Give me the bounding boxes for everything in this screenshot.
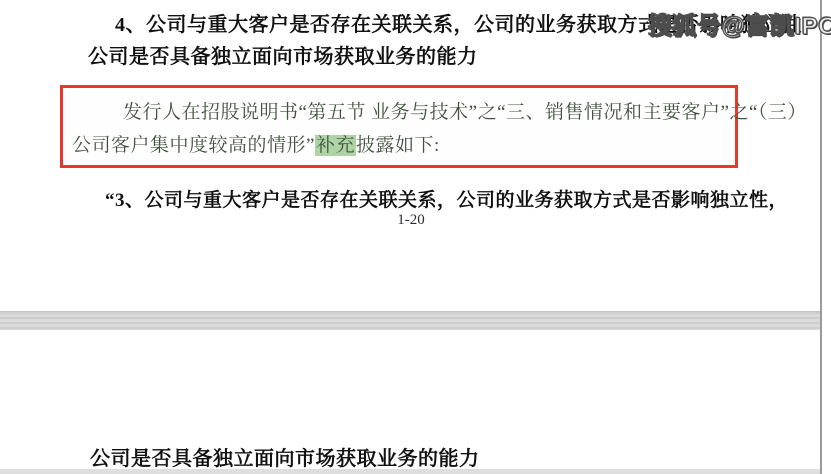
- bottom-edge-strip: [0, 469, 820, 474]
- page-number: 1-20: [0, 212, 822, 229]
- quoted-question-line: “3、公司与重大客户是否存在关联关系，公司的业务获取方式是否影响独立性，: [105, 185, 788, 212]
- page-gap-divider: [0, 311, 820, 330]
- disclosure-line2-highlighted-word: 补充: [315, 135, 356, 156]
- next-page-heading: 公司是否具备独立面向市场获取业务的能力: [90, 442, 480, 471]
- question-heading-line2: 公司是否具备独立面向市场获取业务的能力: [88, 40, 478, 69]
- disclosure-text-line2: 公司客户集中度较高的情形”补充披露如下:: [72, 129, 726, 162]
- site-watermark: 搜狐号@富凯IPO财经: [648, 6, 831, 41]
- disclosure-line2-suffix: 披露如下:: [356, 135, 440, 156]
- page-right-edge-line: [820, 0, 822, 474]
- disclosure-text-line1: 发行人在招股说明书“第五节 业务与技术”之“三、销售情况和主要客户”之“（三）: [72, 96, 726, 129]
- disclosure-highlight-box: 发行人在招股说明书“第五节 业务与技术”之“三、销售情况和主要客户”之“（三） …: [60, 85, 738, 168]
- disclosure-line2-prefix: 公司客户集中度较高的情形”: [72, 135, 315, 156]
